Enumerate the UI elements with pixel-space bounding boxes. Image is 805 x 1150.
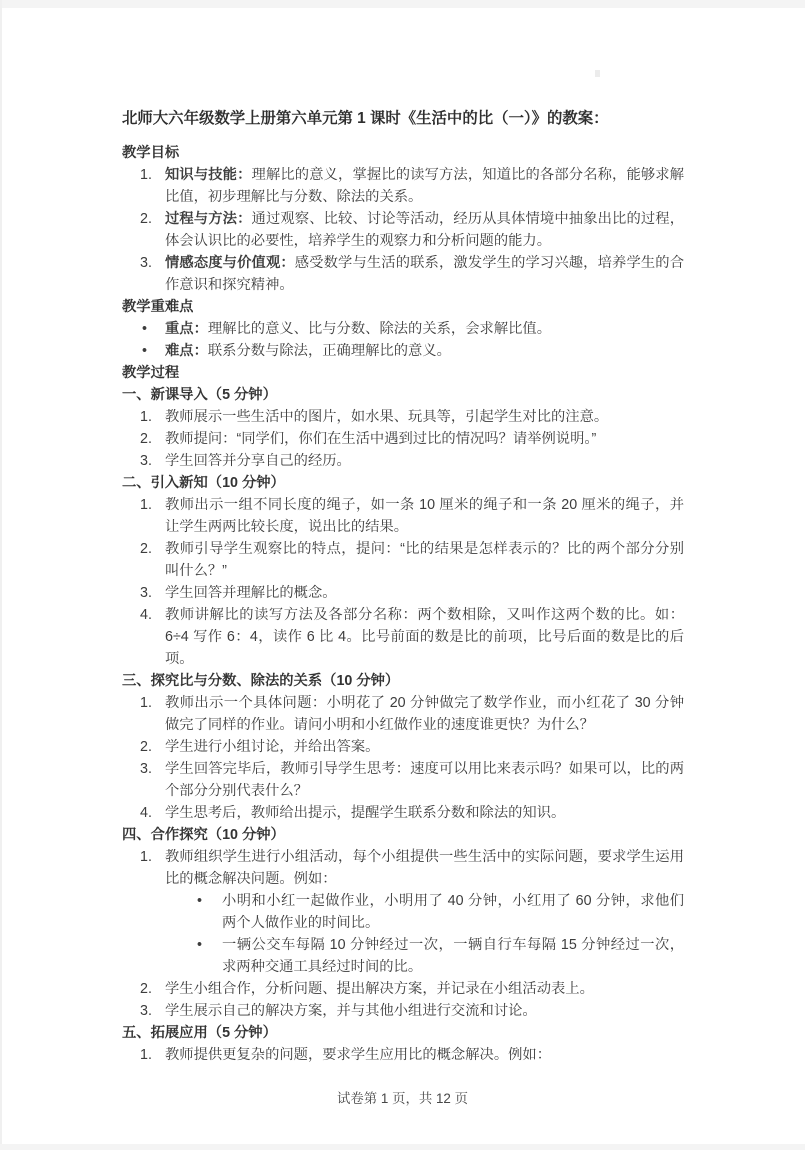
page-margin-top [0,0,805,8]
item-text: 小明和小红一起做作业，小明用了 40 分钟，小红用了 60 分钟，求他们两个人做… [222,893,684,931]
process-step-heading: 四、合作探究（10 分钟） [122,824,684,846]
numbered-list-item: 2.学生小组合作，分析问题、提出解决方案，并记录在小组活动表上。 [122,978,684,1000]
item-number: 3. [140,582,152,604]
item-text: 教师出示一组不同长度的绳子，如一条 10 厘米的绳子和一条 20 厘米的绳子，并… [165,497,684,535]
bullet-marker-icon: • [197,934,202,956]
item-text: 联系分数与除法，正确理解比的意义。 [208,343,451,359]
numbered-list-item: 3.学生回答并理解比的概念。 [122,582,684,604]
numbered-list-item: 2.学生进行小组讨论，并给出答案。 [122,736,684,758]
page-margin-bottom [0,1144,805,1150]
heading-text: 教学目标 [122,145,179,161]
item-number: 1. [140,692,152,714]
item-text: 教师提问：“同学们，你们在生活中遇到过比的情况吗？请举例说明。” [165,431,596,447]
item-text: 教师引导学生观察比的特点，提问：“比的结果是怎样表示的？比的两个部分分别叫什么？… [165,541,684,579]
bullet-marker-icon: • [142,318,147,340]
example-bullet-item: •小明和小红一起做作业，小明用了 40 分钟，小红用了 60 分钟，求他们两个人… [122,890,684,934]
item-number: 4. [140,604,152,626]
process-step-heading: 二、引入新知（10 分钟） [122,472,684,494]
item-number: 1. [140,164,152,186]
item-number: 2. [140,978,152,1000]
numbered-list-item: 4.教师讲解比的读写方法及各部分名称：两个数相除，又叫作这两个数的比。如：6÷4… [122,604,684,670]
item-text: 学生回答并理解比的概念。 [165,585,337,601]
heading-text: 四、合作探究（10 分钟） [122,827,285,843]
numbered-list-item: 2.教师提问：“同学们，你们在生活中遇到过比的情况吗？请举例说明。” [122,428,684,450]
item-text: 教师提供更复杂的问题，要求学生应用比的概念解决。例如： [165,1047,551,1063]
process-step-heading: 五、拓展应用（5 分钟） [122,1022,684,1044]
document-content: 教学目标1.知识与技能：理解比的意义，掌握比的读写方法，知道比的各部分名称，能够… [122,142,684,1066]
item-number: 1. [140,494,152,516]
numbered-list-item: 1.教师组织学生进行小组活动，每个小组提供一些生活中的实际问题，要求学生运用比的… [122,846,684,890]
item-text: 学生展示自己的解决方案，并与其他小组进行交流和讨论。 [165,1003,537,1019]
item-number: 4. [140,802,152,824]
item-lead-label: 情感态度与价值观： [165,255,295,271]
bullet-list-item: •难点：联系分数与除法，正确理解比的意义。 [122,340,684,362]
example-bullet-item: •一辆公交车每隔 10 分钟经过一次，一辆自行车每隔 15 分钟经过一次，求两种… [122,934,684,978]
item-text: 教师讲解比的读写方法及各部分名称：两个数相除，又叫作这两个数的比。如：6÷4 写… [165,607,684,667]
item-text: 教师展示一些生活中的图片，如水果、玩具等，引起学生对比的注意。 [165,409,608,425]
process-step-heading: 三、探究比与分数、除法的关系（10 分钟） [122,670,684,692]
item-number: 3. [140,450,152,472]
item-number: 1. [140,1044,152,1066]
heading-text: 二、引入新知（10 分钟） [122,475,285,491]
item-lead-label: 过程与方法： [165,211,252,227]
numbered-list-item: 3.情感态度与价值观：感受数学与生活的联系，激发学生的学习兴趣，培养学生的合作意… [122,252,684,296]
heading-text: 五、拓展应用（5 分钟） [122,1025,277,1041]
item-number: 3. [140,252,152,274]
faint-artifact-mark [595,70,600,77]
section-heading: 教学重难点 [122,296,684,318]
item-text: 教师出示一个具体问题：小明花了 20 分钟做完了数学作业，而小红花了 30 分钟… [165,695,684,733]
numbered-list-item: 2.教师引导学生观察比的特点，提问：“比的结果是怎样表示的？比的两个部分分别叫什… [122,538,684,582]
process-step-heading: 一、新课导入（5 分钟） [122,384,684,406]
section-heading: 教学目标 [122,142,684,164]
item-lead-label: 知识与技能： [165,167,252,183]
page-number-footer: 试卷第 1 页，共 12 页 [0,1088,805,1110]
item-lead-label: 重点： [165,321,208,337]
item-number: 3. [140,758,152,780]
item-text: 学生思考后，教师给出提示，提醒学生联系分数和除法的知识。 [165,805,565,821]
page-margin-left [0,0,2,1150]
numbered-list-item: 4.学生思考后，教师给出提示，提醒学生联系分数和除法的知识。 [122,802,684,824]
document-page: 北师大六年级数学上册第六单元第 1 课时《生活中的比（一）》的教案： 教学目标1… [122,108,684,1066]
bullet-marker-icon: • [197,890,202,912]
item-text: 一辆公交车每隔 10 分钟经过一次，一辆自行车每隔 15 分钟经过一次，求两种交… [222,937,684,975]
item-number: 2. [140,538,152,560]
item-number: 2. [140,208,152,230]
heading-text: 一、新课导入（5 分钟） [122,387,277,403]
item-text: 学生进行小组讨论，并给出答案。 [165,739,379,755]
numbered-list-item: 3.学生回答并分享自己的经历。 [122,450,684,472]
section-heading: 教学过程 [122,362,684,384]
numbered-list-item: 1.教师提供更复杂的问题，要求学生应用比的概念解决。例如： [122,1044,684,1066]
item-number: 2. [140,736,152,758]
item-lead-label: 难点： [165,343,208,359]
numbered-list-item: 1.教师出示一组不同长度的绳子，如一条 10 厘米的绳子和一条 20 厘米的绳子… [122,494,684,538]
numbered-list-item: 1.知识与技能：理解比的意义，掌握比的读写方法，知道比的各部分名称，能够求解比值… [122,164,684,208]
item-number: 2. [140,428,152,450]
heading-text: 三、探究比与分数、除法的关系（10 分钟） [122,673,399,689]
numbered-list-item: 2.过程与方法：通过观察、比较、讨论等活动，经历从具体情境中抽象出比的过程，体会… [122,208,684,252]
heading-text: 教学重难点 [122,299,193,315]
item-text: 学生回答并分享自己的经历。 [165,453,351,469]
bullet-list-item: •重点：理解比的意义、比与分数、除法的关系，会求解比值。 [122,318,684,340]
numbered-list-item: 3.学生展示自己的解决方案，并与其他小组进行交流和讨论。 [122,1000,684,1022]
bullet-marker-icon: • [142,340,147,362]
item-text: 理解比的意义、比与分数、除法的关系，会求解比值。 [208,321,551,337]
item-text: 学生小组合作，分析问题、提出解决方案，并记录在小组活动表上。 [165,981,594,997]
item-number: 1. [140,846,152,868]
item-text: 教师组织学生进行小组活动，每个小组提供一些生活中的实际问题，要求学生运用比的概念… [165,849,684,887]
item-text: 学生回答完毕后，教师引导学生思考：速度可以用比来表示吗？如果可以，比的两个部分分… [165,761,684,799]
numbered-list-item: 1.教师展示一些生活中的图片，如水果、玩具等，引起学生对比的注意。 [122,406,684,428]
item-number: 3. [140,1000,152,1022]
item-number: 1. [140,406,152,428]
numbered-list-item: 3.学生回答完毕后，教师引导学生思考：速度可以用比来表示吗？如果可以，比的两个部… [122,758,684,802]
numbered-list-item: 1.教师出示一个具体问题：小明花了 20 分钟做完了数学作业，而小红花了 30 … [122,692,684,736]
document-title: 北师大六年级数学上册第六单元第 1 课时《生活中的比（一）》的教案： [122,108,684,130]
heading-text: 教学过程 [122,365,179,381]
